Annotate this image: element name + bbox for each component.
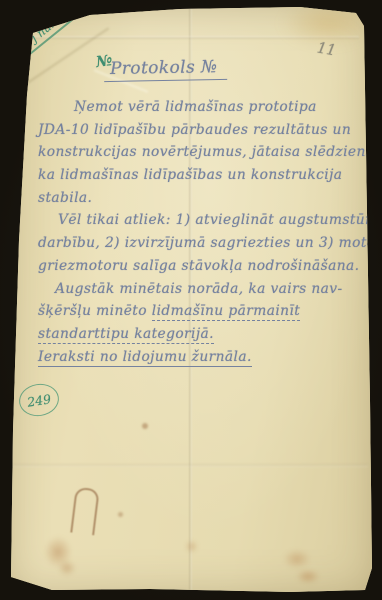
handwriting-text-underlined: standarttipu kategorijā. (38, 326, 214, 344)
stain (185, 540, 198, 553)
horizontal-crease-top (33, 36, 359, 39)
handwriting-line: Ieraksti no lidojumu žurnāla. (38, 349, 354, 372)
handwriting-text-underlined: lidmašīnu pārmainīt (152, 303, 300, 321)
handwriting-text: darbību, 2) izvirzījumā sagriezties un 3… (38, 235, 382, 251)
handwriting-line: standarttipu kategorijā. (38, 326, 354, 349)
handwriting-text-underlined: Ieraksti no lidojumu žurnāla. (38, 349, 252, 367)
handwriting-line: Ņemot vērā lidmašīnas prototipa (38, 99, 354, 122)
handwriting-line: griezmotoru salīga stāvokļa nodrošināšan… (38, 258, 354, 281)
horizontal-crease-middle (12, 464, 368, 467)
stain (58, 560, 76, 576)
handwriting-line: stabila. (38, 190, 354, 213)
handwriting-line: šķēršļu minēto lidmašīnu pārmainīt (38, 303, 354, 326)
handwriting-line: JDA-10 lidīpašību pārbaudes rezultātus u… (38, 122, 354, 145)
handwriting-text: griezmotoru salīga stāvokļa nodrošināšan… (38, 258, 359, 274)
handwriting-line: Vēl tikai atliek: 1) atvieglināt augstum… (38, 212, 354, 235)
archive-number: 249 (26, 391, 52, 410)
handwriting-text: stabila. (38, 190, 92, 206)
handwriting-line: darbību, 2) izvirzījumā sagriezties un 3… (38, 235, 354, 258)
handwriting-text: JDA-10 lidīpašību pārbaudes rezultātus u… (38, 122, 351, 138)
handwriting-line: Augstāk minētais norāda, ka vairs nav- (38, 281, 354, 304)
stain (142, 423, 148, 429)
stain (296, 569, 320, 584)
pencil-page-number: 11 (316, 38, 338, 59)
archive-number-circle: 249 (17, 381, 62, 419)
stain (283, 549, 311, 569)
handwriting-text: Augstāk minētais norāda, ka vairs nav- (55, 281, 343, 297)
handwriting-line: ka lidmašīnas lidīpašības un konstrukcij… (38, 167, 354, 190)
handwriting-text: Ņemot vērā lidmašīnas prototipa (74, 99, 317, 115)
handwriting-line: konstrukcijas novērtējumus, jātaisa slēd… (38, 144, 354, 167)
document-title: Protokols № (104, 57, 228, 82)
stain (44, 536, 72, 568)
paperclip-rust-mark (70, 487, 99, 536)
handwritten-body: Ņemot vērā lidmašīnas prototipaJDA-10 li… (38, 99, 354, 371)
handwriting-text: ka lidmašīnas lidīpašības un konstrukcij… (38, 167, 342, 183)
green-pencil-note: Grais nav turīnu j numurēt (0, 0, 94, 81)
scanned-document-photo: Grais nav turīnu j numurēt № 11 Protokol… (0, 0, 382, 600)
green-note-line: turīnu j numurēt (0, 0, 91, 77)
handwriting-text: Vēl tikai atliek: 1) atvieglināt augstum… (58, 212, 382, 228)
paper-sheet: Grais nav turīnu j numurēt № 11 Protokol… (0, 0, 382, 600)
stain (280, 0, 376, 46)
handwriting-text: šķēršļu minēto (38, 303, 152, 319)
stain (118, 512, 123, 517)
handwriting-text: konstrukcijas novērtējumus, jātaisa slēd… (38, 144, 378, 160)
